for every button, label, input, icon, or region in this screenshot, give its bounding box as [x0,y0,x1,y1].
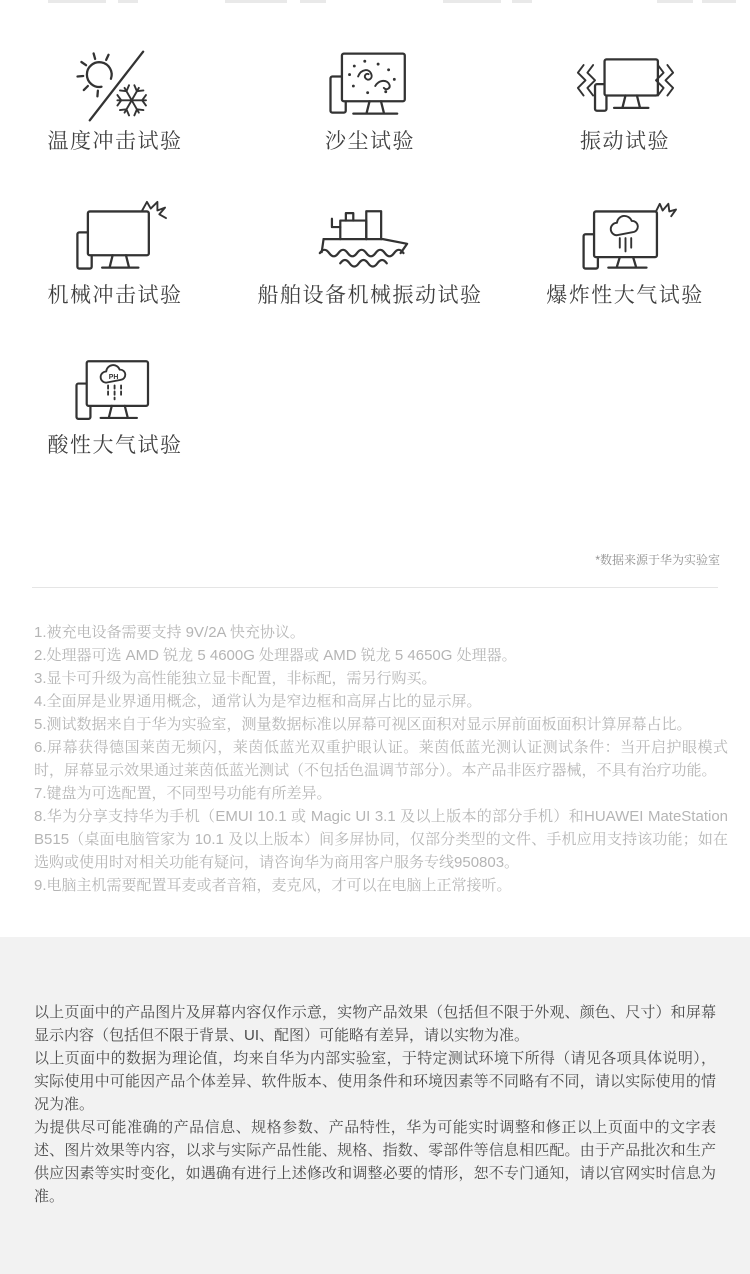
section-divider [32,587,718,588]
vibration-test-icon [510,44,740,126]
legal-disclaimer: 以上页面中的产品图片及屏幕内容仅作示意，实物产品效果（包括但不限于外观、颜色、尺… [0,937,750,1274]
test-item-ship-vibration: 船舶设备机械振动试验 [255,198,485,308]
explosive-atmosphere-icon [510,198,740,280]
ph-cloud-label: PH [108,374,118,381]
mechanical-shock-icon [0,198,230,280]
test-label: 爆炸性大气试验 [510,284,740,308]
test-item-temperature-shock: 温度冲击试验 [0,44,230,154]
test-label: 船舶设备机械振动试验 [255,284,485,308]
note-item-2: 2.处理器可选 AMD 锐龙 5 4600G 处理器或 AMD 锐龙 5 465… [34,644,728,667]
temperature-shock-icon [0,44,230,126]
note-item-4: 4.全面屏是业界通用概念，通常认为是窄边框和高屏占比的显示屏。 [34,690,728,713]
test-item-dust: 沙尘试验 [255,44,485,154]
note-item-1: 1.被充电设备需要支持 9V/2A 快充协议。 [34,621,728,644]
disclaimer-paragraph-3: 为提供尽可能准确的产品信息、规格参数、产品特性，华为可能实时调整和修正以上页面中… [34,1116,716,1208]
dust-test-icon [255,44,485,126]
test-item-acid-atmosphere: PH 酸性大气试验 [0,352,230,458]
note-item-5: 5.测试数据来自于华为实验室，测量数据标准以屏幕可视区面积对显示屏前面板面积计算… [34,713,728,736]
test-label: 机械冲击试验 [0,284,230,308]
data-source-footnote: *数据来源于华为实验室 [595,551,720,568]
test-label: 温度冲击试验 [0,130,230,154]
test-label: 振动试验 [510,130,740,154]
test-label: 酸性大气试验 [0,434,230,458]
product-detail-page: 温度冲击试验 [0,0,750,1274]
note-item-3: 3.显卡可升级为高性能独立显卡配置，非标配，需另行购买。 [34,667,728,690]
note-item-6: 6.屏幕获得德国莱茵无频闪，莱茵低蓝光双重护眼认证。莱茵低蓝光测认证测试条件：当… [34,736,728,782]
test-item-vibration: 振动试验 [510,44,740,154]
note-item-8: 8.华为分享支持华为手机（EMUI 10.1 或 Magic UI 3.1 及以… [34,805,728,874]
acid-atmosphere-icon: PH [0,352,230,430]
test-item-mechanical-shock: 机械冲击试验 [0,198,230,308]
note-list: 1.被充电设备需要支持 9V/2A 快充协议。 2.处理器可选 AMD 锐龙 5… [34,621,728,897]
note-item-9: 9.电脑主机需要配置耳麦或者音箱，麦克风，才可以在电脑上正常接听。 [34,874,728,897]
test-item-explosive-atmosphere: 爆炸性大气试验 [510,198,740,308]
disclaimer-paragraph-1: 以上页面中的产品图片及屏幕内容仅作示意，实物产品效果（包括但不限于外观、颜色、尺… [34,1001,716,1047]
note-item-7: 7.键盘为可选配置，不同型号功能有所差异。 [34,782,728,805]
test-label: 沙尘试验 [255,130,485,154]
ship-vibration-icon [255,198,485,280]
disclaimer-paragraph-2: 以上页面中的数据为理论值，均来自华为内部实验室，于特定测试环境下所得（请见各项具… [34,1047,716,1116]
